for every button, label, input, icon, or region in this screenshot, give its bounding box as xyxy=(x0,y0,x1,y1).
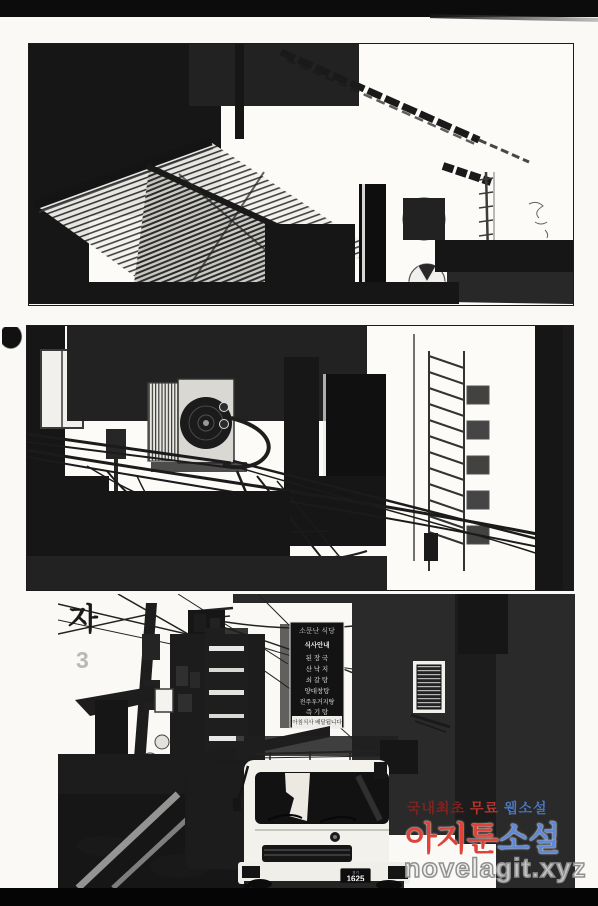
watermark-brand-suffix: 소설 xyxy=(498,820,560,857)
menu-row: 즉 기 탕 xyxy=(306,707,329,716)
panel-aircon-wall xyxy=(26,325,574,591)
grille xyxy=(262,845,352,862)
ventilation-fan-top xyxy=(403,198,445,240)
menu-row: 전주우거지탕 xyxy=(300,698,335,706)
menu-row: 산 낙 지 xyxy=(306,664,328,673)
margin-ink-blob xyxy=(2,327,24,351)
side-mirror-right xyxy=(374,762,387,779)
menu-signboard: 소문난 식당 식사안내 된 장 국 산 낙 지 쇠 갈 탕 양대창탕 전주우거지… xyxy=(280,622,344,728)
menu-footer: 아침식사 배달됩니다 xyxy=(292,718,342,726)
corner-number: 3 xyxy=(76,647,89,673)
small-white-sign xyxy=(155,689,173,712)
delivery-truck: 경기 1625 xyxy=(233,751,410,890)
headlight-left xyxy=(242,866,260,878)
top-black-bar xyxy=(0,0,598,17)
dark-doors xyxy=(284,357,386,546)
side-mirror xyxy=(233,798,241,811)
manga-page: { "page": { "background": "#faf9f6", "to… xyxy=(0,0,598,906)
roof-edge xyxy=(281,52,529,182)
corner-hangul-sign: 자 xyxy=(68,602,99,637)
menu-row: 쇠 갈 탕 xyxy=(306,675,329,684)
menu-row: 된 장 국 xyxy=(306,653,329,662)
menu-header: 식사안내 xyxy=(304,640,329,649)
menu-row: 양대창탕 xyxy=(304,686,330,695)
panel-storefront xyxy=(28,43,574,306)
wall-scribble xyxy=(529,202,548,238)
watermark-url: novelagit.xyz xyxy=(404,853,587,884)
dark-column xyxy=(359,184,386,296)
watermark-brand-name: 아지툰 xyxy=(405,820,498,857)
menu-header-top: 소문난 식당 xyxy=(299,626,335,635)
bottom-black-bar xyxy=(0,888,598,906)
right-grunge xyxy=(535,326,573,590)
